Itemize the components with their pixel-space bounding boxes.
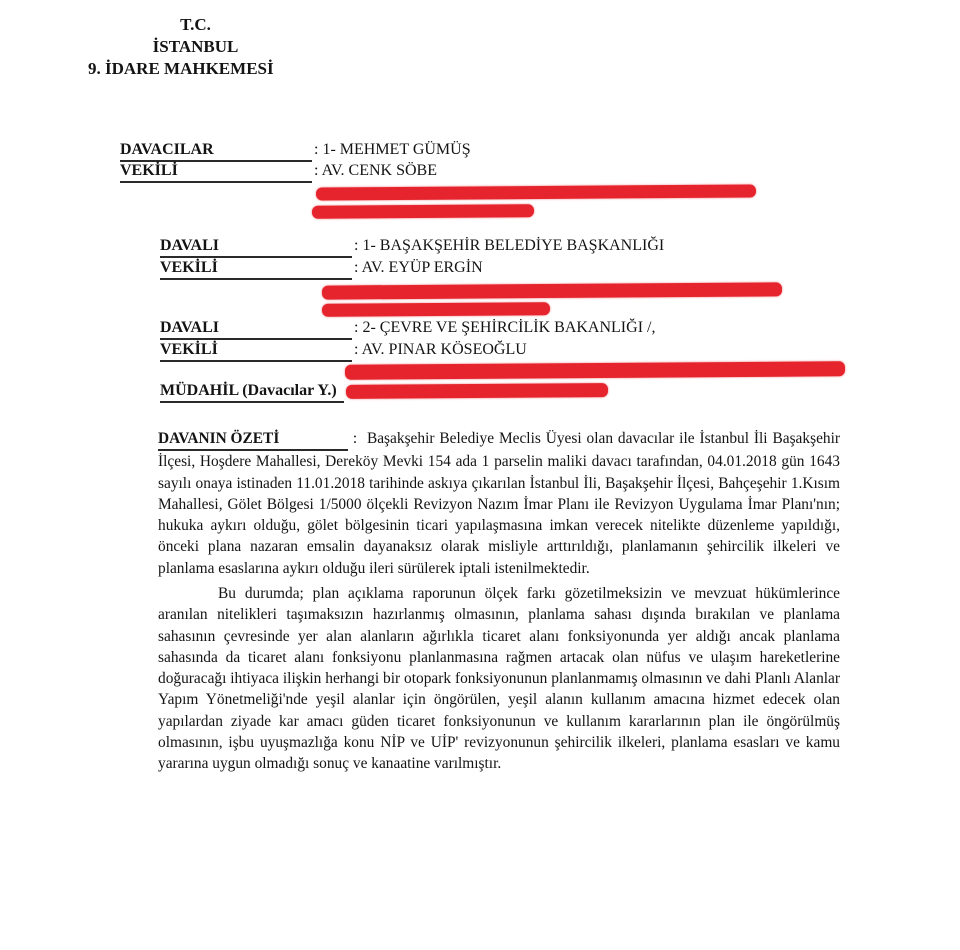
case-summary: DAVANIN ÖZETİ : Başakşehir Belediye Mecl… (158, 428, 840, 579)
defendant2-label: DAVALI (160, 318, 352, 340)
summary-colon: : (353, 430, 357, 447)
defendant2-row: DAVALI : 2- ÇEVRE VE ŞEHİRCİLİK BAKANLIĞ… (160, 318, 352, 340)
conclusion-text: Bu durumda; plan açıklama raporunun ölçe… (158, 583, 840, 775)
defendant2-attorney-row: VEKİLİ : AV. PINAR KÖSEOĞLU (160, 340, 352, 362)
defendant1-value: : 1- BAŞAKŞEHİR BELEDİYE BAŞKANLIĞI (354, 236, 664, 256)
defendant2-attorney-label: VEKİLİ (160, 340, 352, 362)
defendant1-attorney-row: VEKİLİ : AV. EYÜP ERGİN (160, 258, 352, 280)
plaintiffs-attorney-value: : AV. CENK SÖBE (314, 161, 437, 181)
summary-label: DAVANIN ÖZETİ (158, 428, 348, 451)
redaction-mark (345, 361, 845, 379)
header-tc: T.C. (88, 14, 303, 36)
header-court: 9. İDARE MAHKEMESİ (88, 58, 303, 80)
defendant2-attorney-value: : AV. PINAR KÖSEOĞLU (354, 340, 527, 360)
defendant1-label: DAVALI (160, 236, 352, 258)
redaction-mark (346, 383, 608, 399)
court-header: T.C. İSTANBUL 9. İDARE MAHKEMESİ (88, 14, 303, 80)
defendant1-row: DAVALI : 1- BAŞAKŞEHİR BELEDİYE BAŞKANLI… (160, 236, 352, 258)
plaintiffs-attorney-row: VEKİLİ : AV. CENK SÖBE (120, 161, 312, 183)
redaction-mark (322, 302, 550, 317)
summary-text: Başakşehir Belediye Meclis Üyesi olan da… (158, 430, 840, 577)
plaintiffs-attorney-label: VEKİLİ (120, 161, 312, 183)
header-city: İSTANBUL (88, 36, 303, 58)
conclusion: Bu durumda; plan açıklama raporunun ölçe… (158, 583, 840, 775)
plaintiffs-value: : 1- MEHMET GÜMÜŞ (314, 140, 471, 160)
redaction-mark (322, 282, 782, 299)
intervener-label: MÜDAHİL (Davacılar Y.) (160, 381, 344, 403)
defendant1-attorney-value: : AV. EYÜP ERGİN (354, 258, 483, 278)
redaction-mark (312, 204, 534, 219)
intervener-row: MÜDAHİL (Davacılar Y.) : (160, 381, 344, 403)
defendant1-attorney-label: VEKİLİ (160, 258, 352, 280)
redaction-mark (316, 184, 756, 200)
defendant2-value: : 2- ÇEVRE VE ŞEHİRCİLİK BAKANLIĞI /, (354, 318, 655, 338)
plaintiffs-row: DAVACILAR : 1- MEHMET GÜMÜŞ (120, 140, 312, 162)
plaintiffs-label: DAVACILAR (120, 140, 312, 162)
